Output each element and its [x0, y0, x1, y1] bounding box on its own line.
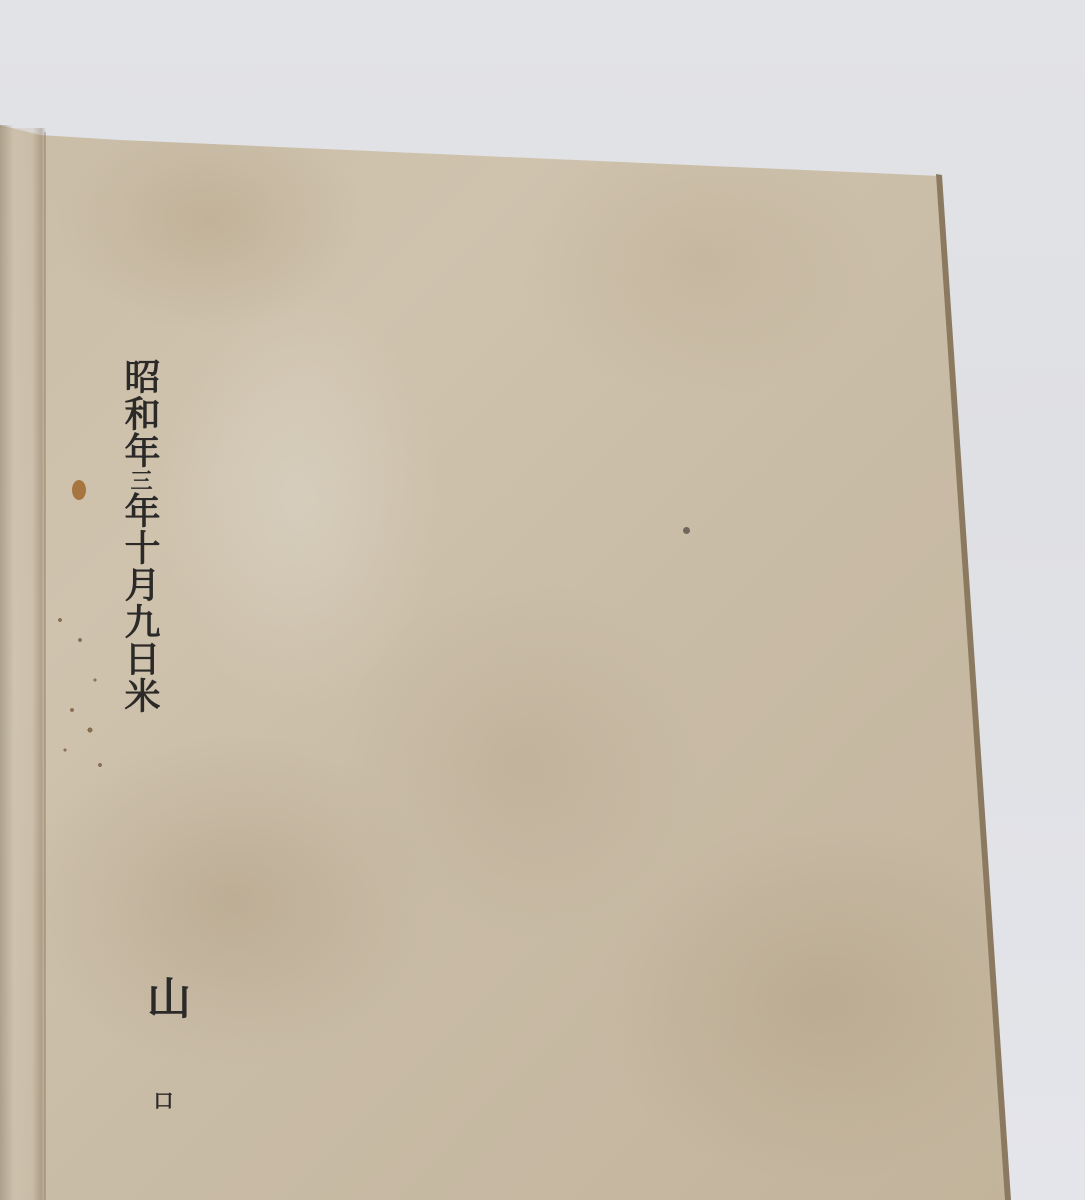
- year-correction: 三: [127, 469, 153, 492]
- signature-char-2: 口: [148, 1090, 177, 1112]
- day-text: 九日: [119, 603, 161, 677]
- month-text: 十月: [119, 529, 161, 603]
- date-inscription: 昭和年三年十月九日米: [122, 358, 158, 714]
- fold-line: [44, 132, 46, 1200]
- left-edge-shadow: [0, 125, 14, 1200]
- year-text-b: 年: [119, 492, 161, 529]
- year-text-a: 年: [119, 432, 161, 469]
- foxing-speckles: [50, 600, 110, 780]
- signature-char-1: 山: [132, 975, 196, 1021]
- ink-dot: [683, 527, 690, 534]
- rust-stain: [72, 480, 86, 500]
- date-suffix: 米: [119, 677, 161, 714]
- era-text: 昭和: [119, 358, 161, 432]
